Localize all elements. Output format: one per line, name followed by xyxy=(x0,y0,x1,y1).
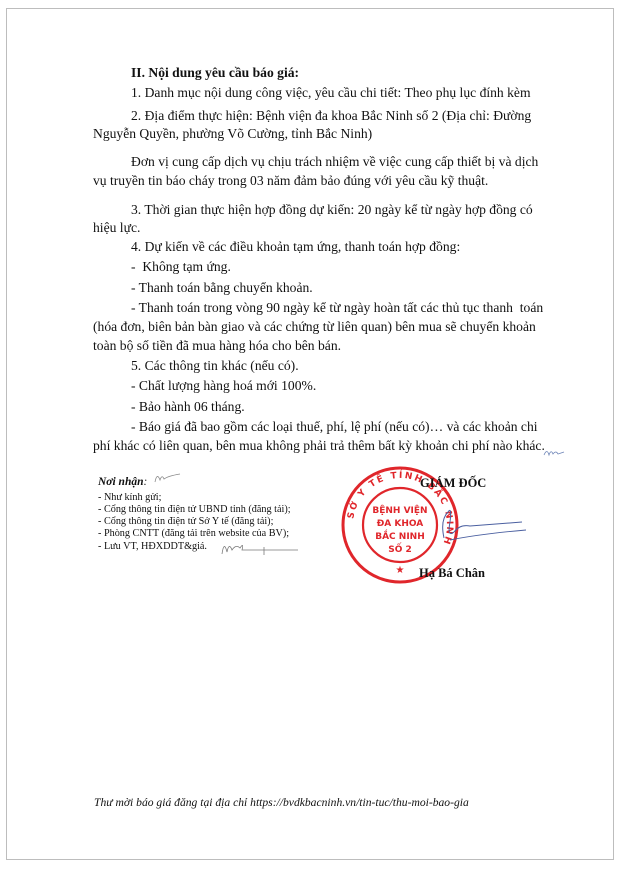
filing-signature-icon xyxy=(218,538,298,560)
signatory-name: Hạ Bá Chân xyxy=(419,565,485,582)
item-1: 1. Danh mục nội dung công việc, yêu cầu … xyxy=(131,84,531,101)
section-heading: II. Nội dung yêu cầu báo giá: xyxy=(131,64,299,81)
recipients-label: Nơi nhận: xyxy=(98,476,147,489)
svg-text:ĐA KHOA: ĐA KHOA xyxy=(377,519,424,529)
paragraph-line-1: Đơn vị cung cấp dịch vụ chịu trách nhiệm… xyxy=(131,153,538,170)
item-4-bullet-3-line-3: toàn bộ số tiền đã mua hàng hóa cho bên … xyxy=(93,337,341,354)
paragraph-line-2: vụ truyền tin báo cháy trong 03 năm đảm … xyxy=(93,172,488,189)
item-4: 4. Dự kiến về các điều khoản tạm ứng, th… xyxy=(131,238,460,255)
item-4-bullet-3-line-1: - Thanh toán trong vòng 90 ngày kể từ ng… xyxy=(131,299,543,316)
item-5-bullet-3-line-2: phí khác có liên quan, bên mua không phả… xyxy=(93,437,545,454)
item-5-bullet-3-line-1: - Báo giá đã bao gồm các loại thuế, phí,… xyxy=(131,418,538,435)
recipient-item: - Như kính gửi; xyxy=(98,492,161,504)
svg-text:★: ★ xyxy=(396,565,405,576)
item-5-bullet-1: - Chất lượng hàng hoá mới 100%. xyxy=(131,377,316,394)
item-2-line-2: Nguyễn Quyền, phường Võ Cường, tỉnh Bắc … xyxy=(93,125,372,142)
recipient-item: - Cổng thông tin điện tử Sở Y tế (đăng t… xyxy=(98,516,273,528)
item-3-line-2: hiệu lực. xyxy=(93,219,140,236)
item-5: 5. Các thông tin khác (nếu có). xyxy=(131,357,299,374)
item-2-line-1: 2. Địa điểm thực hiện: Bệnh viện đa khoa… xyxy=(131,107,531,124)
svg-text:BỆNH VIỆN: BỆNH VIỆN xyxy=(372,505,427,516)
recipient-item: - Cổng thông tin điện tử UBND tỉnh (đăng… xyxy=(98,504,291,516)
item-4-bullet-2: - Thanh toán bằng chuyển khoản. xyxy=(131,279,313,296)
item-3-line-1: 3. Thời gian thực hiện hợp đồng dự kiến:… xyxy=(131,201,533,218)
signature-title: GIÁM ĐỐC xyxy=(420,475,486,492)
recipients-signature-icon xyxy=(152,470,182,486)
footer-note: Thư mời báo giá đăng tại địa chỉ https:/… xyxy=(94,794,469,811)
item-4-bullet-1: - Không tạm ứng. xyxy=(131,258,231,275)
item-4-bullet-3-line-2: (hóa đơn, biên bản bàn giao và các chứng… xyxy=(93,318,536,335)
svg-text:BẮC NINH: BẮC NINH xyxy=(375,529,425,542)
director-signature-icon xyxy=(430,500,530,550)
initial-signature-icon xyxy=(543,446,565,460)
recipient-item: - Lưu VT, HĐXDDT&giá. xyxy=(98,541,207,553)
svg-text:SỐ 2: SỐ 2 xyxy=(388,542,412,555)
item-5-bullet-2: - Bảo hành 06 tháng. xyxy=(131,398,245,415)
